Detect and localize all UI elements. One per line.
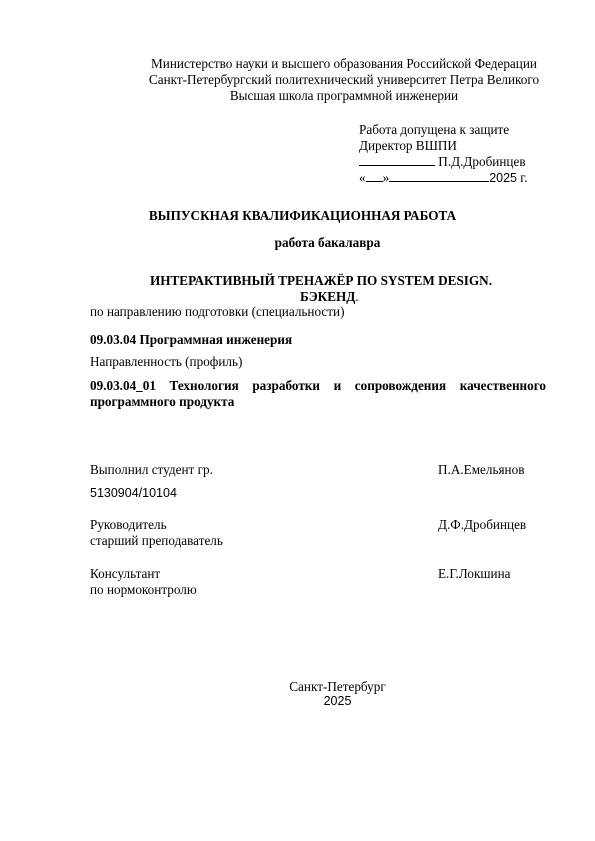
footer-city: Санкт-Петербург — [0, 679, 595, 695]
student-role: Выполнил студент гр. — [90, 462, 213, 478]
topic-line-2-text: БЭКЕНД — [300, 289, 355, 304]
approval-date: «»2025 г. — [359, 170, 528, 186]
director-signature-line: П.Д.Дробинцев — [359, 154, 528, 170]
approval-year-suffix: г. — [517, 170, 528, 185]
consultant-name: Е.Г.Локшина — [438, 566, 511, 582]
supervisor-title: старший преподаватель — [90, 533, 223, 549]
signature-blank — [359, 154, 435, 166]
supervisor-name: Д.Ф.Дробинцев — [438, 517, 526, 533]
ministry-name: Министерство науки и высшего образования… — [100, 56, 588, 72]
student-name: П.А.Емельянов — [438, 462, 524, 478]
student-group: 5130904/10104 — [90, 486, 177, 500]
direction-code: 09.03.04 Программная инженерия — [90, 332, 292, 348]
date-close-quote: » — [383, 170, 390, 185]
consultant-role: Консультант — [90, 566, 160, 582]
profile-value: 09.03.04_01 Технология разработки и сопр… — [90, 378, 546, 410]
topic-line-2: БЭКЕНД. — [300, 289, 359, 305]
profile-value-line-1: 09.03.04_01 Технология разработки и сопр… — [90, 378, 546, 394]
topic-end-dot: . — [355, 289, 358, 304]
day-blank — [366, 170, 383, 182]
footer-year: 2025 — [0, 694, 595, 708]
approval-director-title: Директор ВШПИ — [359, 138, 528, 154]
university-name: Санкт-Петербургский политехнический унив… — [100, 72, 588, 88]
topic-line-1: ИНТЕРАКТИВНЫЙ ТРЕНАЖЁР ПО SYSTEM DESIGN. — [150, 273, 492, 289]
director-name: П.Д.Дробинцев — [438, 154, 525, 169]
profile-value-line-2: программного продукта — [90, 394, 234, 409]
consultant-title: по нормоконтролю — [90, 582, 197, 598]
date-open-quote: « — [359, 170, 366, 185]
document-header: Министерство науки и высшего образования… — [100, 56, 588, 104]
approval-year: 2025 — [489, 171, 517, 185]
supervisor-role: Руководитель — [90, 517, 167, 533]
profile-label: Направленность (профиль) — [90, 354, 242, 370]
approval-line: Работа допущена к защите — [359, 122, 528, 138]
school-name: Высшая школа программной инженерии — [100, 88, 588, 104]
month-blank — [389, 170, 489, 182]
direction-label: по направлению подготовки (специальности… — [90, 304, 344, 320]
document-title: ВЫПУСКНАЯ КВАЛИФИКАЦИОННАЯ РАБОТА — [0, 208, 595, 224]
approval-block: Работа допущена к защите Директор ВШПИ П… — [359, 122, 528, 186]
document-subtitle: работа бакалавра — [0, 235, 595, 251]
